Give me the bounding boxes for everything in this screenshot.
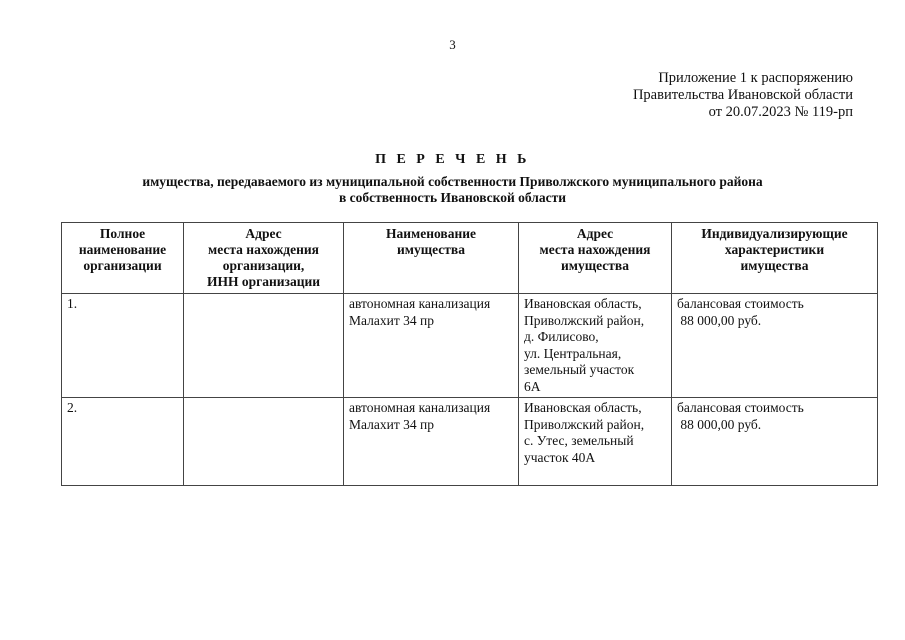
header-organization-name: Полное наименование организации <box>62 223 184 294</box>
cell-characteristics: балансовая стоимость 88 000,00 руб. <box>672 398 878 486</box>
document-subtitle: имущества, передаваемого из муниципально… <box>60 174 845 206</box>
header-property-address: Адрес места нахождения имущества <box>519 223 672 294</box>
header-property-name: Наименование имущества <box>344 223 519 294</box>
page-number: 3 <box>0 38 905 52</box>
cell-number: 1. <box>62 294 184 398</box>
cell-property-name: автономная канализация Малахит 34 пр <box>344 398 519 486</box>
cell-organization-address <box>184 398 344 486</box>
property-table: Полное наименование организации Адрес ме… <box>61 222 878 486</box>
subtitle-line: в собственность Ивановской области <box>60 190 845 206</box>
table-row: 2. автономная канализация Малахит 34 пр … <box>62 398 878 486</box>
table-row: 1. автономная канализация Малахит 34 пр … <box>62 294 878 398</box>
cell-property-address: Ивановская область, Приволжский район, с… <box>519 398 672 486</box>
cell-property-address: Ивановская область, Приволжский район, д… <box>519 294 672 398</box>
header-characteristics: Индивидуализирующие характеристики имуще… <box>672 223 878 294</box>
document-title: П Е Р Е Ч Е Н Ь <box>0 152 905 168</box>
cell-property-name: автономная канализация Малахит 34 пр <box>344 294 519 398</box>
cell-characteristics: балансовая стоимость 88 000,00 руб. <box>672 294 878 398</box>
cell-number: 2. <box>62 398 184 486</box>
appendix-line: Правительства Ивановской области <box>633 87 853 104</box>
appendix-reference: Приложение 1 к распоряжению Правительств… <box>633 70 853 121</box>
subtitle-line: имущества, передаваемого из муниципально… <box>60 174 845 190</box>
header-organization-address: Адрес места нахождения организации, ИНН … <box>184 223 344 294</box>
cell-organization-address <box>184 294 344 398</box>
appendix-line: от 20.07.2023 № 119-рп <box>633 104 853 121</box>
table-header-row: Полное наименование организации Адрес ме… <box>62 223 878 294</box>
appendix-line: Приложение 1 к распоряжению <box>633 70 853 87</box>
